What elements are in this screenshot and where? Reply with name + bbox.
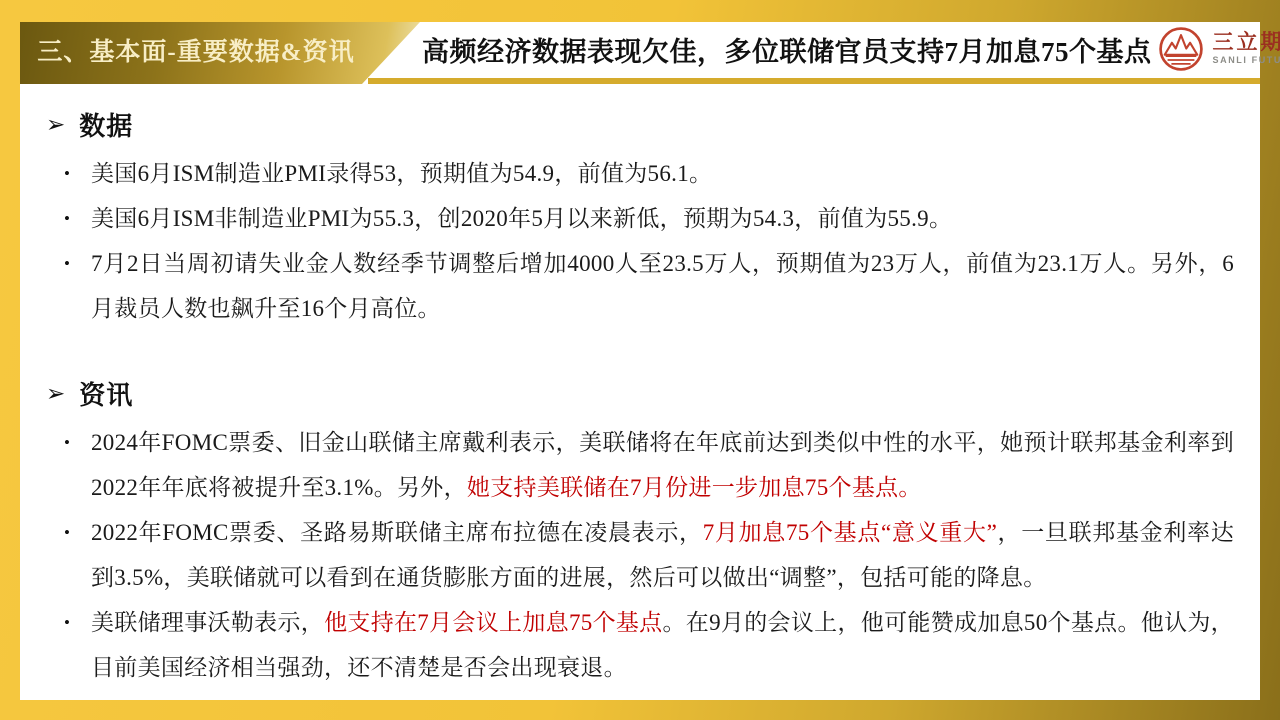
section-heading: ➢ 数据: [46, 106, 1236, 143]
text-segment: 2022年FOMC票委、圣路易斯联储主席布拉德在凌晨表示，: [91, 520, 703, 545]
slide-content: ➢ 数据 •美国6月ISM制造业PMI录得53，预期值为54.9，前值为56.1…: [20, 84, 1260, 700]
bullet-list: •2024年FOMC票委、旧金山联储主席戴利表示，美联储将在年底前达到类似中性的…: [44, 420, 1236, 690]
section-tab-label: 三、基本面-重要数据&资讯: [37, 32, 354, 68]
bullet-icon: •: [64, 151, 70, 196]
text-segment: 美联储理事沃勒表示，: [91, 610, 324, 635]
list-item: •7月2日当周初请失业金人数经季节调整后增加4000人至23.5万人，预期值为2…: [64, 241, 1234, 331]
company-logo: 三立期货 SANLI FUTURES: [1158, 22, 1280, 84]
bullet-list: •美国6月ISM制造业PMI录得53，预期值为54.9，前值为56.1。•美国6…: [44, 151, 1236, 331]
text-segment: 7月加息75个基点“意义重大”: [703, 520, 997, 545]
bullet-icon: •: [64, 241, 70, 286]
arrow-bullet-icon: ➢: [46, 382, 65, 405]
section-data: ➢ 数据 •美国6月ISM制造业PMI录得53，预期值为54.9，前值为56.1…: [44, 106, 1236, 331]
arrow-bullet-icon: ➢: [46, 113, 65, 136]
bullet-icon: •: [64, 600, 70, 645]
section-heading-label: 资讯: [79, 375, 133, 412]
list-item: •美国6月ISM非制造业PMI为55.3，创2020年5月以来新低，预期为54.…: [64, 196, 1234, 241]
bullet-icon: •: [64, 510, 70, 555]
text-segment: 美国6月ISM制造业PMI录得53，预期值为54.9，前值为56.1。: [91, 161, 712, 186]
title-area: 高频经济数据表现欠佳，多位联储官员支持7月加息75个基点: [420, 22, 1158, 84]
mountain-circle-icon: [1158, 26, 1204, 72]
slide-header: 三、基本面-重要数据&资讯 高频经济数据表现欠佳，多位联储官员支持7月加息75个…: [20, 22, 1260, 84]
section-news: ➢ 资讯 •2024年FOMC票委、旧金山联储主席戴利表示，美联储将在年底前达到…: [44, 375, 1236, 690]
list-item: •2024年FOMC票委、旧金山联储主席戴利表示，美联储将在年底前达到类似中性的…: [64, 420, 1234, 510]
text-segment: 她支持美联储在7月份进一步加息75个基点。: [467, 475, 922, 500]
logo-name-cn: 三立期货: [1213, 32, 1280, 54]
text-segment: 美国6月ISM非制造业PMI为55.3，创2020年5月以来新低，预期为54.3…: [91, 206, 952, 231]
section-tab: 三、基本面-重要数据&资讯: [20, 22, 420, 84]
section-heading-label: 数据: [79, 106, 133, 143]
bullet-icon: •: [64, 420, 70, 465]
logo-name-en: SANLI FUTURES: [1213, 56, 1280, 65]
list-item: •美国6月ISM制造业PMI录得53，预期值为54.9，前值为56.1。: [64, 151, 1234, 196]
logo-text: 三立期货 SANLI FUTURES: [1213, 32, 1280, 65]
bullet-icon: •: [64, 196, 70, 241]
slide-title: 高频经济数据表现欠佳，多位联储官员支持7月加息75个基点: [422, 30, 1152, 69]
section-heading: ➢ 资讯: [46, 375, 1236, 412]
text-segment: 他支持在7月会议上加息75个基点: [324, 610, 662, 635]
list-item: •2022年FOMC票委、圣路易斯联储主席布拉德在凌晨表示，7月加息75个基点“…: [64, 510, 1234, 600]
text-segment: 7月2日当周初请失业金人数经季节调整后增加4000人至23.5万人，预期值为23…: [91, 251, 1234, 321]
list-item: •美联储理事沃勒表示，他支持在7月会议上加息75个基点。在9月的会议上，他可能赞…: [64, 600, 1234, 690]
